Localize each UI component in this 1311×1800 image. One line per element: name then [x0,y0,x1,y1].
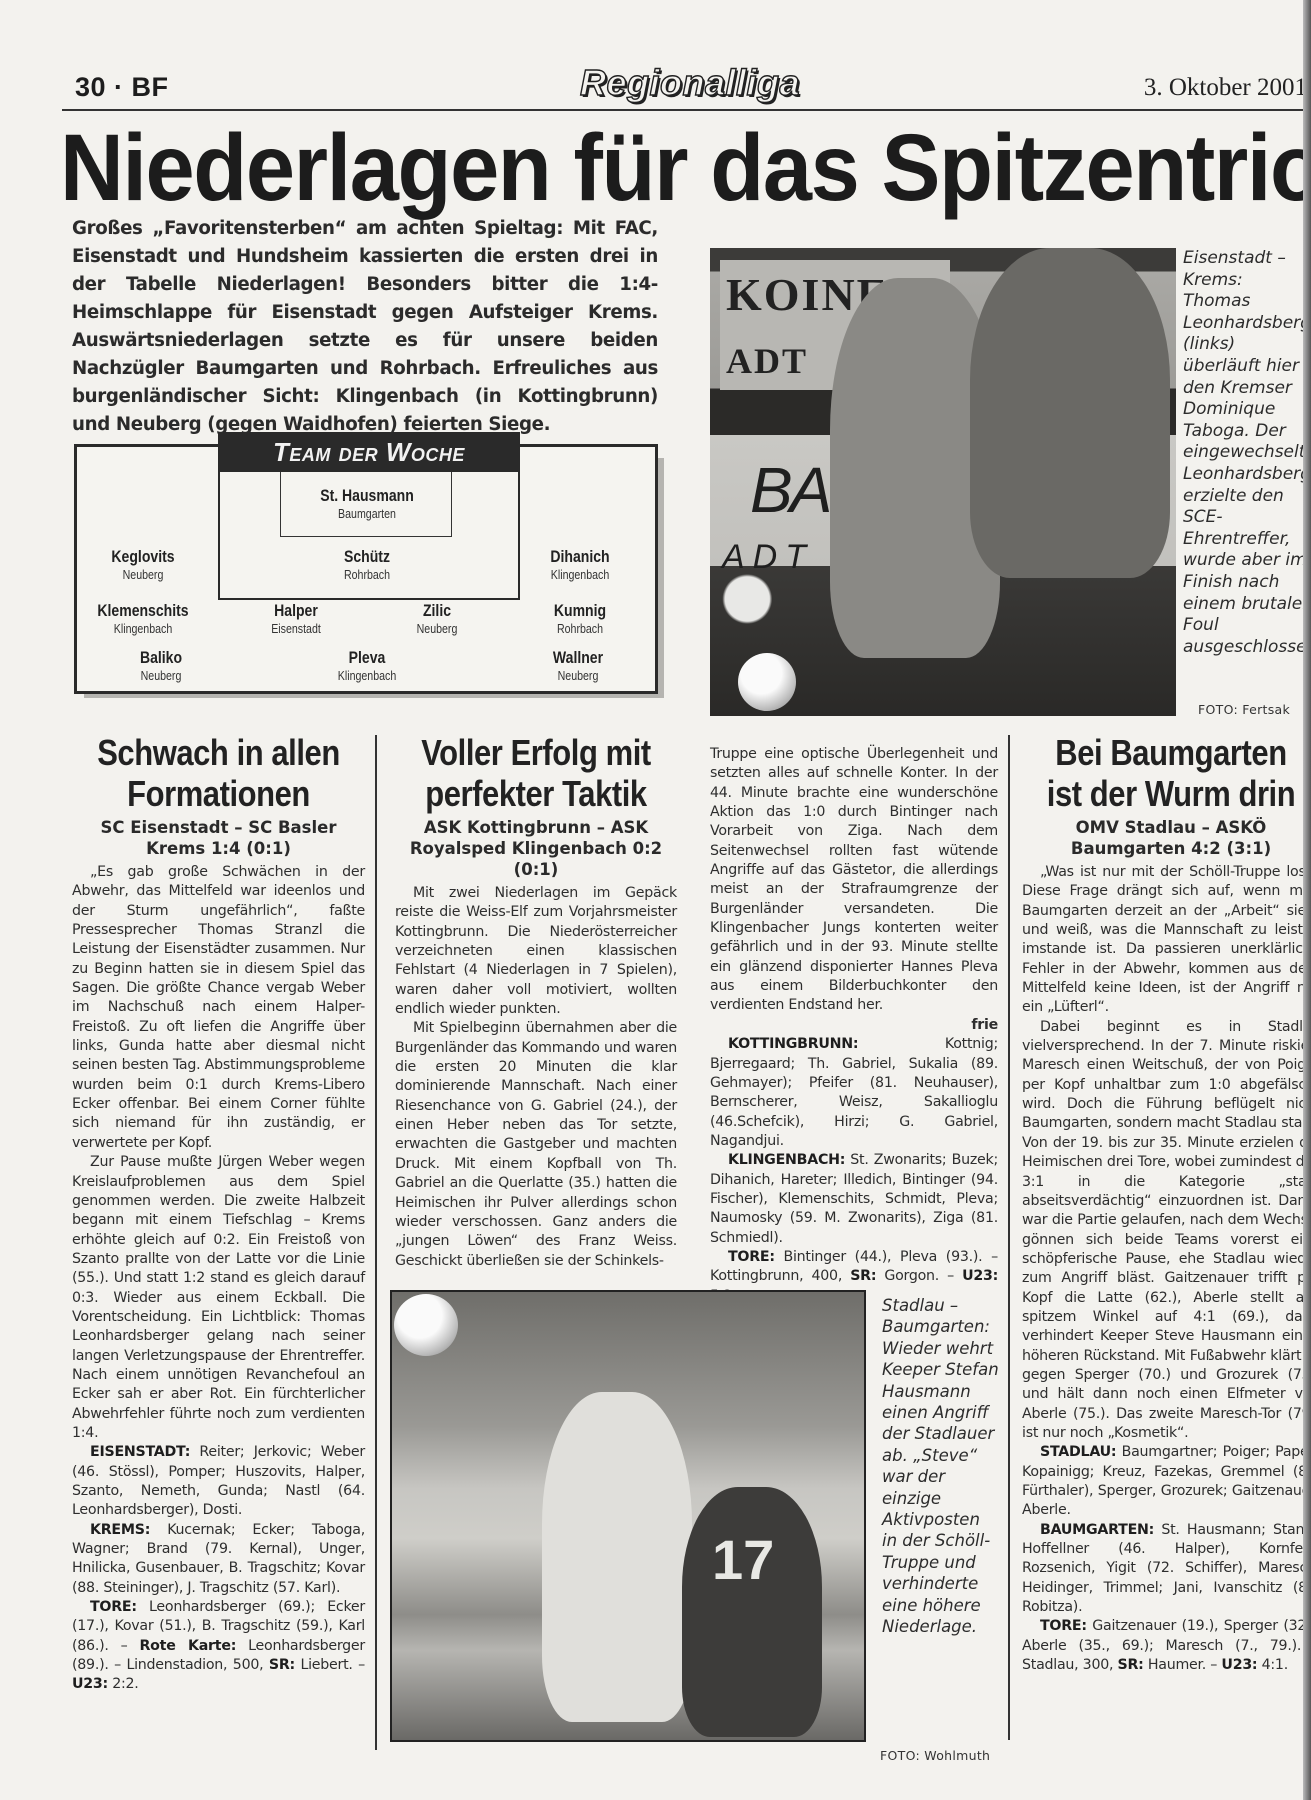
article-kottingbrunn-klingenbach: Voller Erfolg mit perfekter Taktik ASK K… [395,732,677,1271]
player-mid-right: Kumnig Rohrbach [500,601,660,638]
photo-caption-top: Eisenstadt – Krems: Thomas Leonhardsberg… [1183,248,1311,658]
article-body-part1: Mit zwei Niederlagen im Gepäck reiste di… [395,884,677,1271]
player-mid-center-right: Zilic Neuberg [357,601,517,638]
goals-info: TORE: Gaitzenauer (19.), Sperger (32.), … [1022,1617,1311,1675]
lineup-home: EISENSTADT: Reiter; Jerkovic; Weber (46.… [72,1443,365,1520]
lineup-away: KLINGENBACH: St. Zwonarits; Buzek; Dihan… [710,1151,998,1248]
lineup-away: KREMS: Kucernak; Ecker; Taboga, Wagner; … [72,1521,365,1598]
player-mid-left: Klemenschits Klingenbach [63,601,223,638]
player-goalkeeper: St. Hausmann Baumgarten [287,486,447,523]
player-mid-center-left: Halper Eisenstadt [216,601,376,638]
attacker-figure: 17 [682,1487,822,1737]
player-defender-right: Dihanich Klingenbach [500,547,660,584]
section-title: Regionalliga [580,62,800,104]
article-eisenstadt-krems: Schwach in allen Formationen SC Eisensta… [72,732,365,1695]
column-divider [1008,735,1010,1740]
team-der-woche-title: Team der Woche [218,432,520,472]
photo-caption-bottom: Stadlau – Baumgarten: Wieder wehrt Keepe… [882,1295,1000,1638]
article-body-part2: Truppe eine optische Überlegenheit und s… [710,745,998,1306]
photo-eisenstadt-krems: KOINEG ADT BAUER ADT [710,248,1176,716]
player-defender-center: Schütz Rohrbach [287,547,447,584]
page-number: 30 · BF [75,72,169,103]
player-forward-center: Pleva Klingenbach [287,648,447,685]
column-divider [375,735,377,1750]
issue-date: 3. Oktober 2001 [1144,74,1307,102]
article-headline: Schwach in allen Formationen [93,732,345,814]
lineup-home: STADLAU: Baumgartner; Poiger; Papez, Kop… [1022,1443,1311,1520]
article-stadlau-baumgarten: Bei Baumgarten ist der Wurm drin OMV Sta… [1022,732,1311,1675]
article-headline: Voller Erfolg mit perfekter Taktik [415,732,658,814]
match-result: SC Eisenstadt – SC Basler Krems 1:4 (0:1… [72,817,365,859]
football [738,653,796,711]
article-body: „Was ist nur mit der Schöll-Truppe los?“… [1022,863,1311,1675]
player-defender-left: Keglovits Neuberg [63,547,223,584]
goalkeeper-figure [542,1392,692,1722]
photo-stadlau-baumgarten: 17 [390,1290,866,1742]
article-headline: Bei Baumgarten ist der Wurm drin [1043,732,1299,814]
player-figure-right [970,248,1170,578]
photo-credit-top: FOTO: Fertsak [1198,702,1290,717]
player-forward-right: Wallner Neuberg [498,648,658,685]
goals-info: TORE: Leonhardsberger (69.); Ecker (17.)… [72,1598,365,1695]
article-kottingbrunn-continued: Truppe eine optische Überlegenheit und s… [710,745,998,1306]
author-signature: frie [710,1016,998,1035]
lead-paragraph: Großes „Favoritensterben“ am achten Spie… [72,215,658,439]
main-headline: Niederlagen für das Spitzentrio [60,118,1232,218]
article-body: „Es gab große Schwächen in der Abwehr, d… [72,863,365,1695]
page-edge [1303,0,1311,1800]
player-forward-left: Baliko Neuberg [81,648,241,685]
match-result: OMV Stadlau – ASKÖ Baumgarten 4:2 (3:1) [1022,817,1311,859]
header-rule [62,109,1311,111]
photo-credit-bottom: FOTO: Wohlmuth [880,1748,990,1763]
match-result: ASK Kottingbrunn – ASK Royalsped Klingen… [395,817,677,880]
lineup-home: KOTTINGBRUNN: Kottnig; Bjerregaard; Th. … [710,1035,998,1151]
football [394,1294,458,1356]
lineup-away: BAUMGARTEN: St. Hausmann; Stanic; Hoffel… [1022,1521,1311,1618]
